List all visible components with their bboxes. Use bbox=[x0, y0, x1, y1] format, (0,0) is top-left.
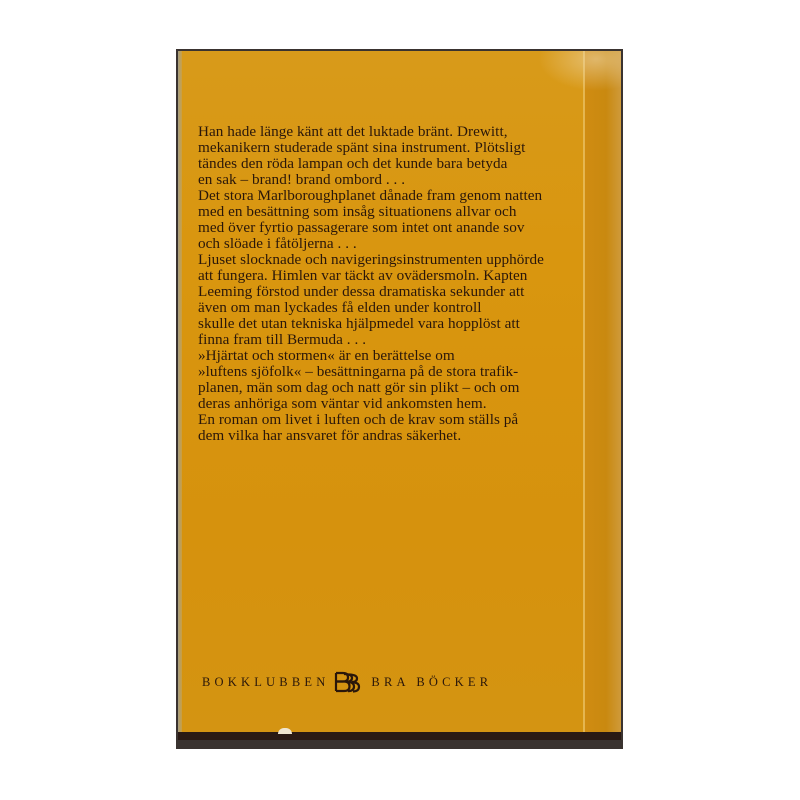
cover-bottom-edge bbox=[178, 732, 621, 740]
cover-left-edge bbox=[178, 51, 182, 740]
blurb-line: mekanikern studerade spänt sina instrume… bbox=[198, 140, 588, 156]
cover-tear-mark bbox=[278, 728, 292, 734]
bbb-monogram-icon bbox=[333, 671, 363, 693]
blurb-line: skulle det utan tekniska hjälpmedel vara… bbox=[198, 316, 588, 332]
blurb-line: med över fyrtio passagerare som intet on… bbox=[198, 220, 588, 236]
blurb-line: Ljuset slocknade och navigeringsinstrume… bbox=[198, 252, 588, 268]
cover-wear-mark bbox=[538, 51, 621, 91]
blurb-line: tändes den röda lampan och det kunde bar… bbox=[198, 156, 588, 172]
blurb-line: »Hjärtat och stormen« är en berättelse o… bbox=[198, 348, 588, 364]
blurb-line: finna fram till Bermuda . . . bbox=[198, 332, 588, 348]
blurb-line: En roman om livet i luften och de krav s… bbox=[198, 412, 588, 428]
blurb-line: »luftens sjöfolk« – besättningarna på de… bbox=[198, 364, 588, 380]
book-back-cover: Han hade länge känt att det luktade brän… bbox=[178, 51, 621, 740]
blurb-line: deras anhöriga som väntar vid ankomsten … bbox=[198, 396, 588, 412]
blurb-line: planen, män som dag och natt gör sin pli… bbox=[198, 380, 588, 396]
publisher-imprint: BOKKLUBBEN BRA BÖCKER bbox=[202, 671, 562, 693]
blurb-line: Det stora Marlboroughplanet dånade fram … bbox=[198, 188, 588, 204]
cover-flap-strip bbox=[584, 51, 621, 740]
publisher-name-right: BRA BÖCKER bbox=[371, 675, 492, 690]
blurb-text: Han hade länge känt att det luktade brän… bbox=[198, 124, 588, 444]
blurb-line: dem vilka har ansvaret för andras säkerh… bbox=[198, 428, 588, 444]
blurb-line: med en besättning som insåg situationens… bbox=[198, 204, 588, 220]
blurb-line: Han hade länge känt att det luktade brän… bbox=[198, 124, 588, 140]
blurb-line: att fungera. Himlen var täckt av oväders… bbox=[198, 268, 588, 284]
blurb-line: även om man lyckades få elden under kont… bbox=[198, 300, 588, 316]
blurb-line: en sak – brand! brand ombord . . . bbox=[198, 172, 588, 188]
publisher-name-left: BOKKLUBBEN bbox=[202, 675, 329, 690]
blurb-line: och slöade i fåtöljerna . . . bbox=[198, 236, 588, 252]
blurb-line: Leeming förstod under dessa dramatiska s… bbox=[198, 284, 588, 300]
product-photo: Han hade länge känt att det luktade brän… bbox=[0, 0, 800, 800]
